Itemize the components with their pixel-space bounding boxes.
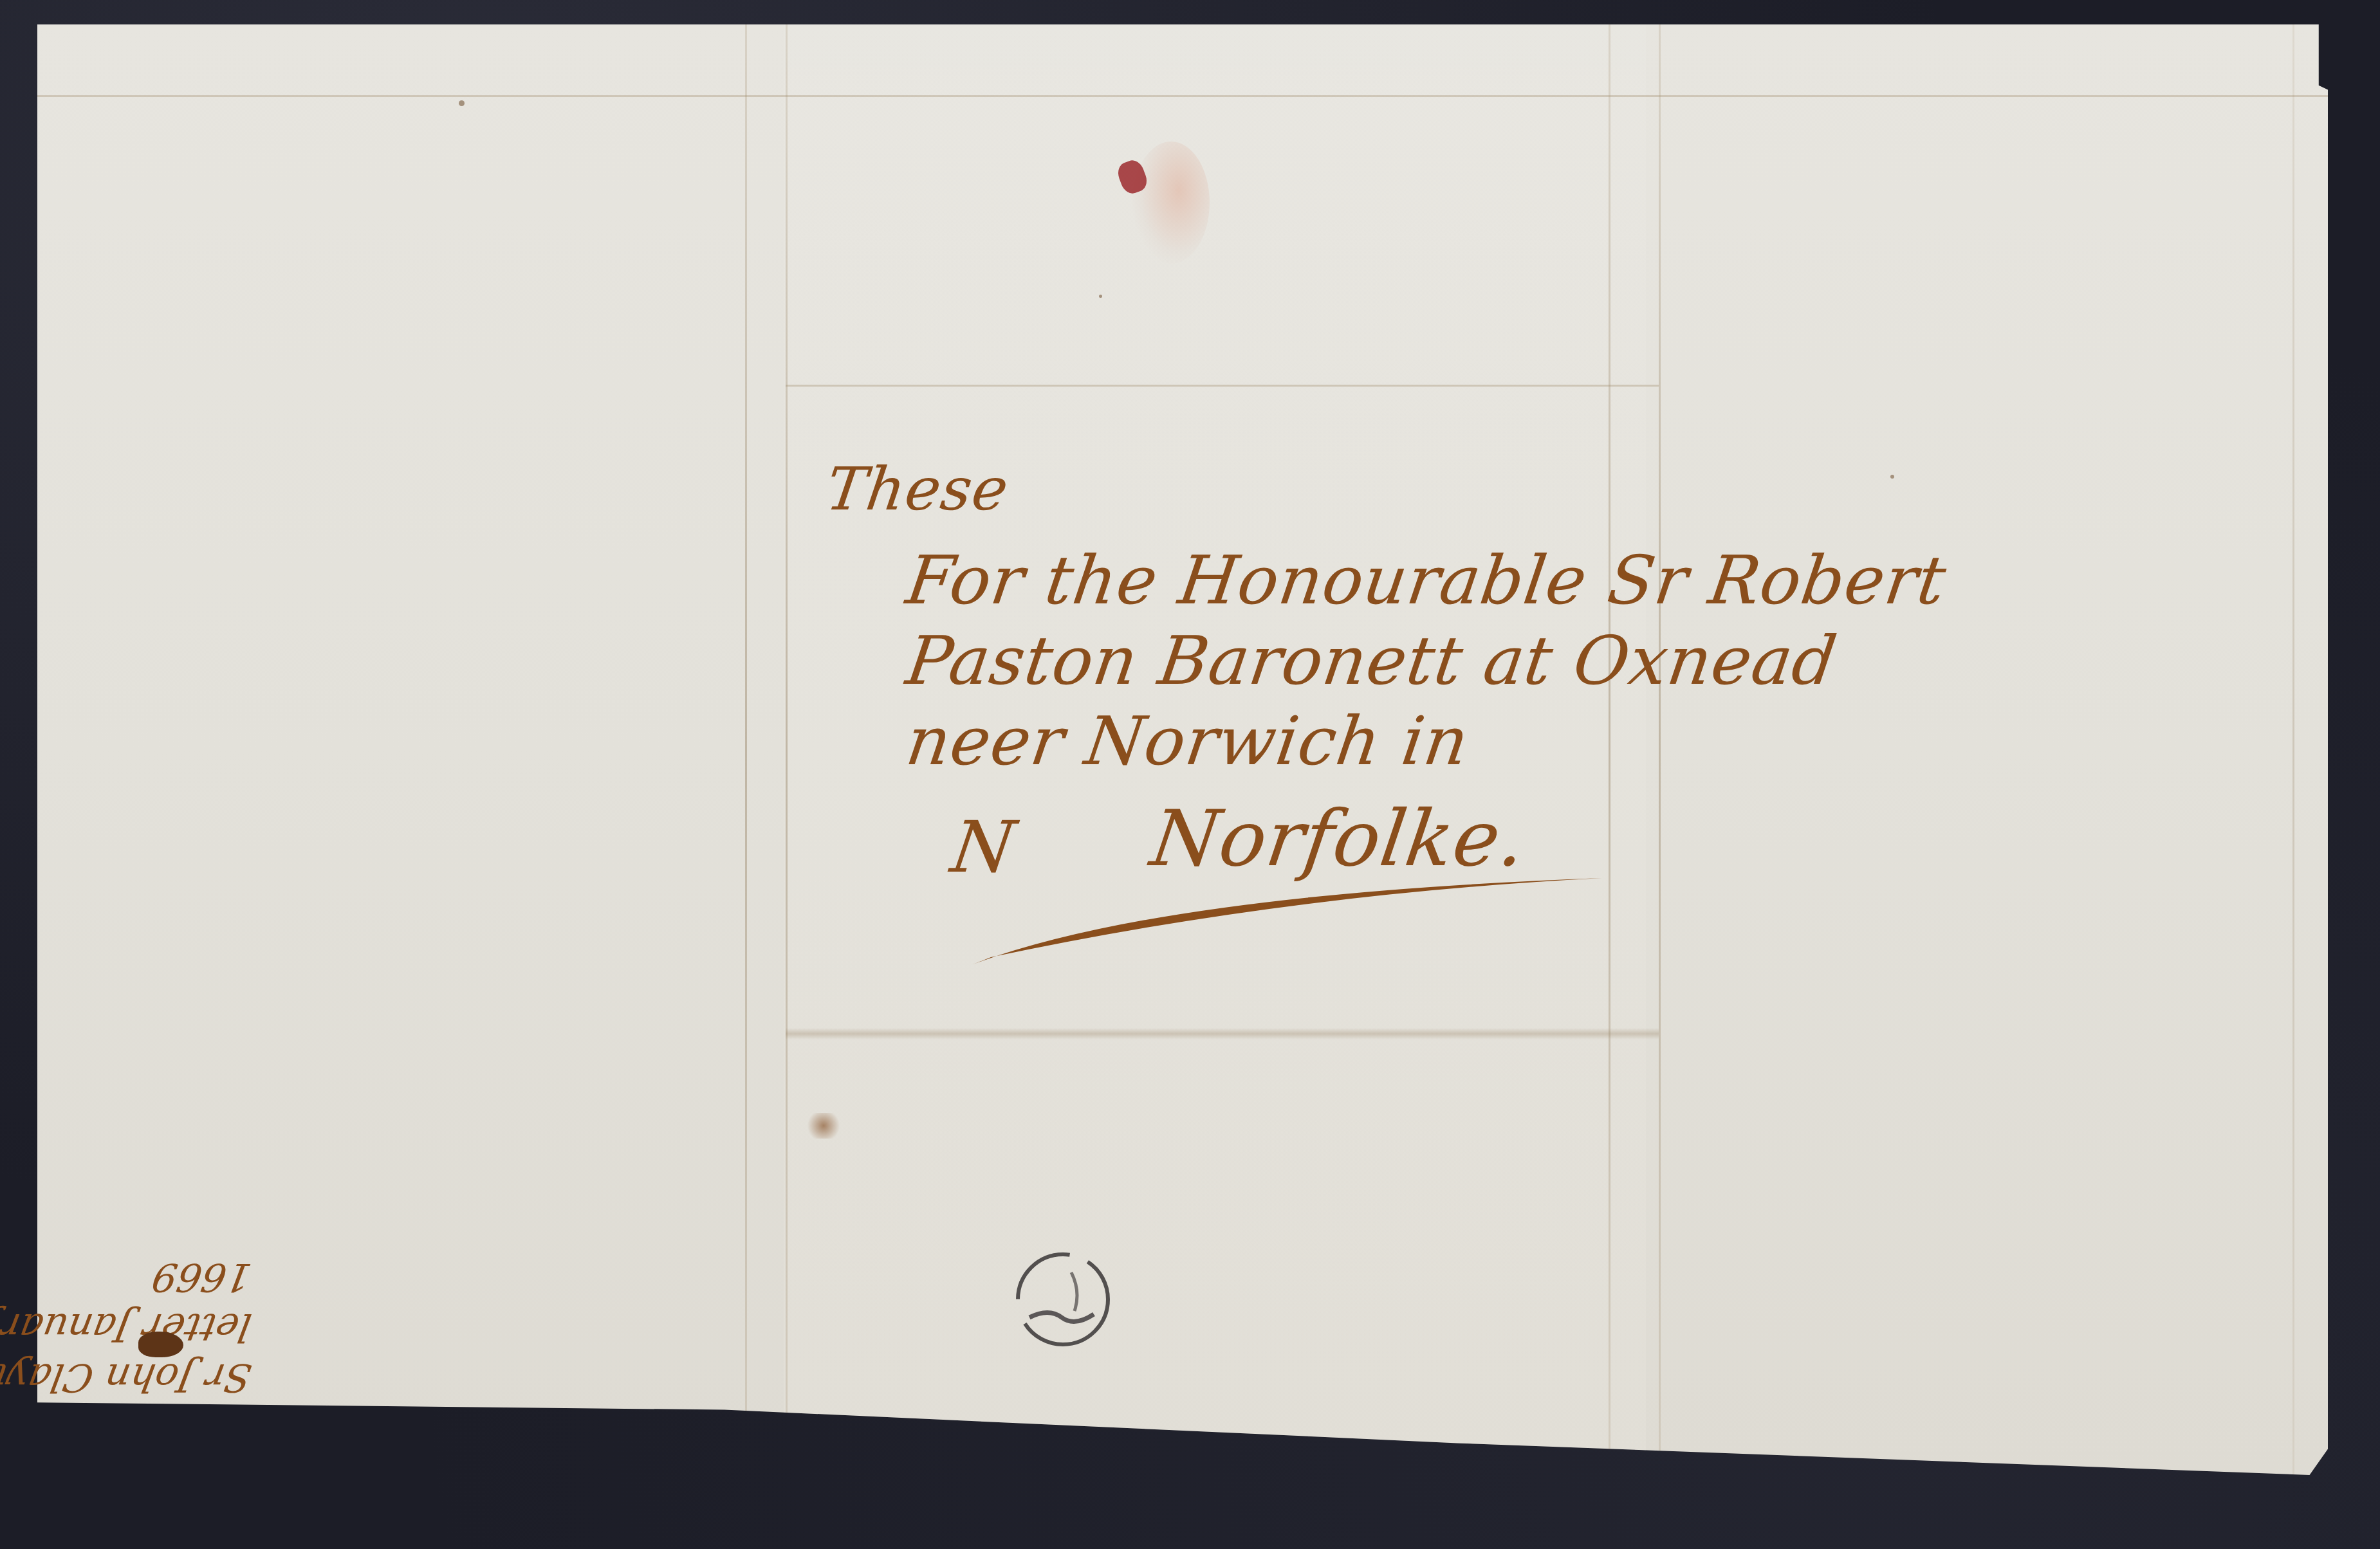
wax-seal-stain <box>1132 142 1210 264</box>
fold-line-vertical <box>1659 24 1661 1475</box>
endorsement-line: letter January 26th <box>15 1302 255 1352</box>
ink-blot <box>138 1332 183 1357</box>
fold-line-vertical <box>745 24 747 1475</box>
address-line-county: Norfolke. <box>1147 801 1531 878</box>
crease-stain <box>786 1028 1659 1040</box>
address-line-town: neer Norwich in <box>903 708 1473 774</box>
endorsement-note: Sr John Clayton letter January 26th 1669 <box>19 1190 251 1402</box>
fold-line-vertical <box>1609 24 1610 1475</box>
fold-line-vertical <box>2292 24 2294 1475</box>
address-line-title: Paston Baronett at Oxnead <box>903 627 1841 694</box>
circular-postmark-icon <box>1010 1247 1116 1353</box>
paper-speck <box>1890 475 1894 479</box>
fold-line-horizontal <box>786 385 1659 387</box>
endorsement-line: 1669 <box>15 1252 255 1302</box>
fold-line-horizontal <box>37 95 2328 97</box>
pen-flourish-underline <box>965 875 1609 971</box>
endorsement-line: Sr John Clayton <box>15 1352 255 1402</box>
address-line-recipient: For the Honourable Sr Robert <box>903 547 1950 614</box>
address-line-n-mark: N <box>947 812 1020 883</box>
paper-speck <box>1099 295 1102 298</box>
paper-speck <box>459 100 465 106</box>
fold-line-vertical <box>786 24 788 1475</box>
address-line-these: These <box>823 460 1013 519</box>
foxing-stain <box>804 1113 843 1139</box>
